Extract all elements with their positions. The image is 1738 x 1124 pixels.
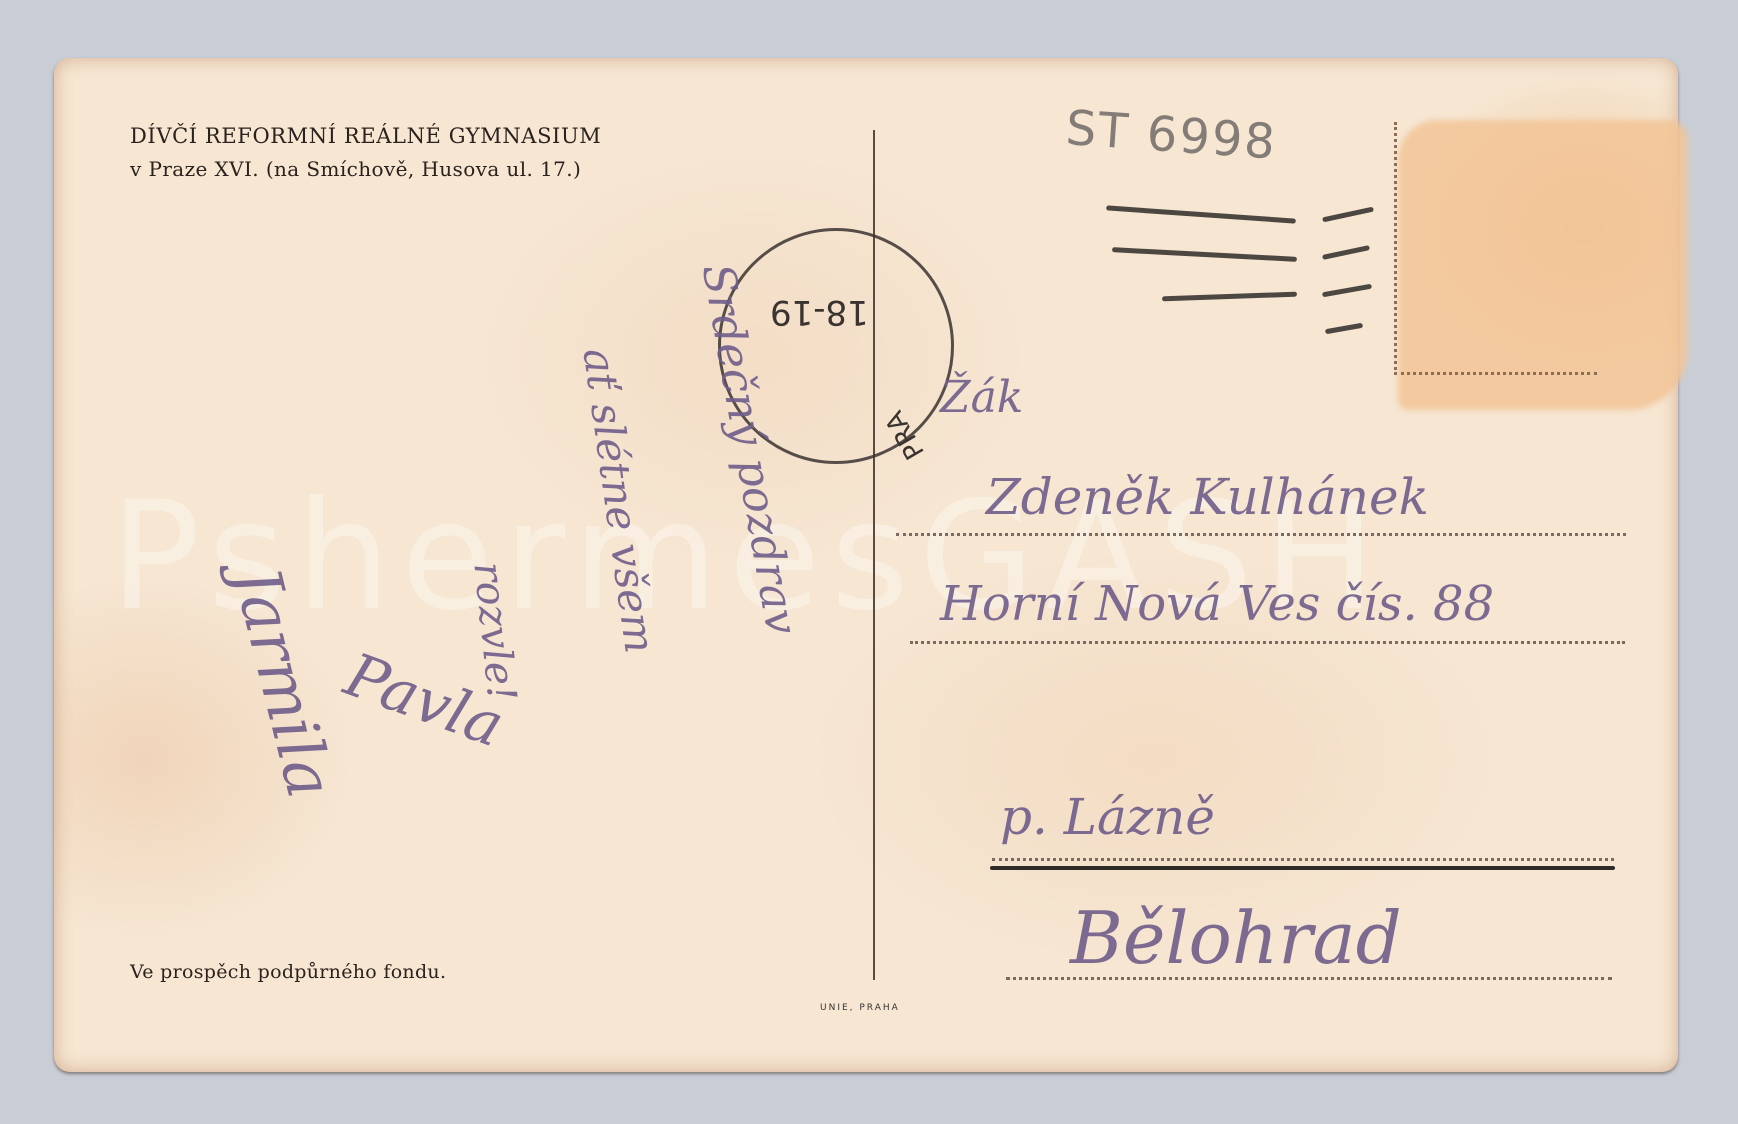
- address-line-1: Žák: [940, 372, 1023, 423]
- address-line-5: Bělohrad: [1070, 896, 1402, 980]
- address-underline: [990, 866, 1615, 870]
- address-line-3: Horní Nová Ves čís. 88: [940, 576, 1494, 632]
- address-rule: [896, 533, 1626, 536]
- address-rule: [992, 858, 1614, 861]
- address-rule: [910, 641, 1625, 644]
- printer-mark: UNIE, PRAHA: [820, 1003, 900, 1013]
- school-name: DÍVČÍ REFORMNÍ REÁLNÉ GYMNASIUM: [130, 124, 601, 148]
- postmark-date: 18-19: [770, 292, 869, 332]
- stamp-placeholder-box: [1394, 122, 1597, 375]
- school-address: v Praze XVI. (na Smíchově, Husova ul. 17…: [130, 157, 581, 181]
- address-line-4: p. Lázně: [1000, 788, 1215, 846]
- address-line-2: Zdeněk Kulhánek: [986, 468, 1429, 526]
- address-rule: [1006, 977, 1612, 980]
- footer-note: Ve prospěch podpůrného fondu.: [130, 961, 446, 983]
